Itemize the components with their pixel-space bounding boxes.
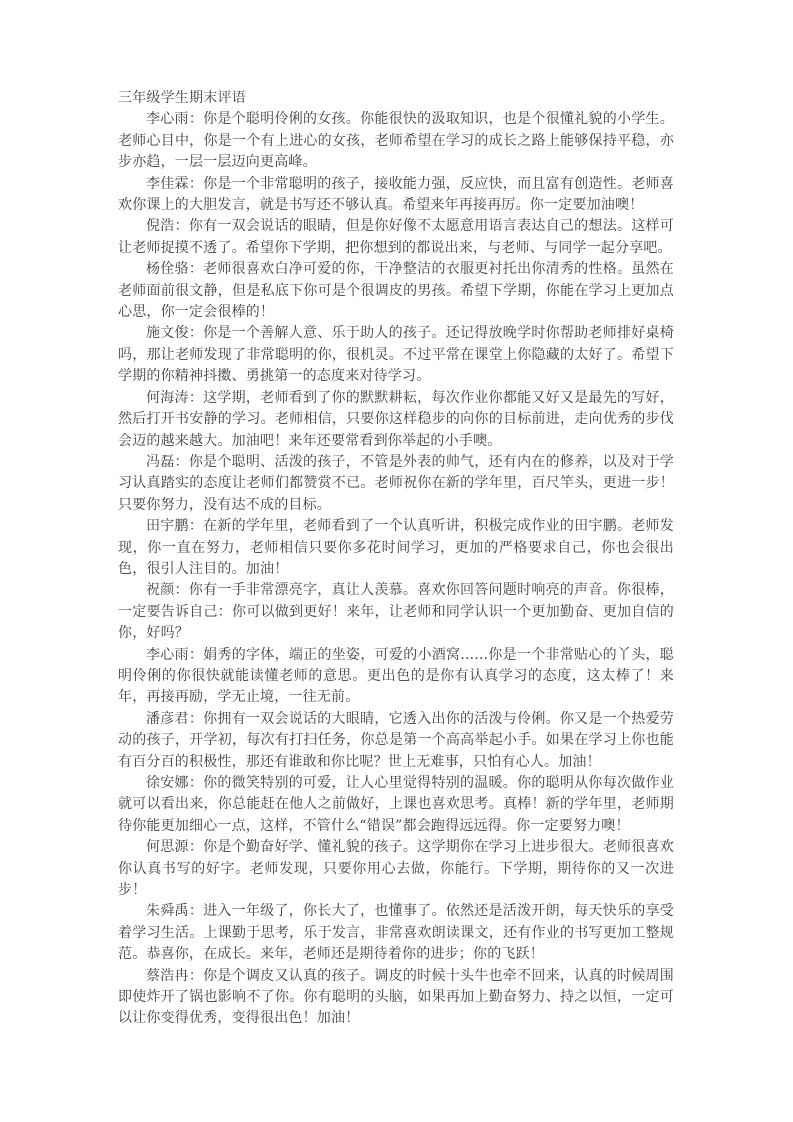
comment-paragraph: 何思源：你是个勤奋好学、懂礼貌的孩子。这学期你在学习上进步很大。老师很喜欢你认真… [118, 837, 674, 901]
document-title: 三年级学生期末评语 [118, 88, 674, 109]
comment-paragraph: 施文俊：你是一个善解人意、乐于助人的孩子。还记得放晚学时你帮助老师排好桌椅吗，那… [118, 323, 674, 387]
document-body: 三年级学生期末评语 李心雨：你是个聪明伶俐的女孩。你能很快的汲取知识，也是个很懂… [118, 88, 674, 1030]
comment-paragraph: 李心雨：你是个聪明伶俐的女孩。你能很快的汲取知识，也是个很懂礼貌的小学生。老师心… [118, 109, 674, 173]
comment-paragraph: 冯磊：你是个聪明、活泼的孩子，不管是外表的帅气，还有内在的修养，以及对于学习认真… [118, 452, 674, 516]
comment-paragraph: 何海涛：这学期，老师看到了你的默默耕耘，每次作业你都能又好又是最先的写好，然后打… [118, 388, 674, 452]
comment-paragraph: 李心雨：娟秀的字体，端正的坐姿，可爱的小酒窝......你是一个非常贴心的丫头，… [118, 645, 674, 709]
comment-paragraph: 李佳霖：你是一个非常聪明的孩子，接收能力强，反应快，而且富有创造性。老师喜欢你课… [118, 174, 674, 217]
comment-paragraph: 祝颜：你有一手非常漂亮字，真让人羡慕。喜欢你回答问题时响亮的声音。你很棒，一定要… [118, 580, 674, 644]
comment-paragraph: 朱舜禹：进入一年级了，你长大了，也懂事了。依然还是活泼开朗，每天快乐的享受着学习… [118, 901, 674, 965]
comment-paragraph: 徐安娜：你的微笑特别的可爱，让人心里觉得特别的温暖。你的聪明从你每次做作业就可以… [118, 773, 674, 837]
comment-paragraph: 田宇鹏：在新的学年里，老师看到了一个认真听讲，积极完成作业的田宇鹏。老师发现，你… [118, 516, 674, 580]
comment-paragraph: 倪浩：你有一双会说话的眼睛，但是你好像不太愿意用语言表达自己的想法。这样可让老师… [118, 216, 674, 259]
comment-paragraph: 杨佺骆：老师很喜欢白净可爱的你，干净整洁的衣服更衬托出你清秀的性格。虽然在老师面… [118, 259, 674, 323]
document-page: 三年级学生期末评语 李心雨：你是个聪明伶俐的女孩。你能很快的汲取知识，也是个很懂… [0, 0, 793, 1122]
comment-paragraph: 蔡浩冉：你是个调皮又认真的孩子。调皮的时候十头牛也牵不回来，认真的时候周围即使炸… [118, 966, 674, 1030]
comment-paragraph: 潘彦君：你拥有一双会说话的大眼睛，它透入出你的活泼与伶俐。你又是一个热爱劳动的孩… [118, 709, 674, 773]
